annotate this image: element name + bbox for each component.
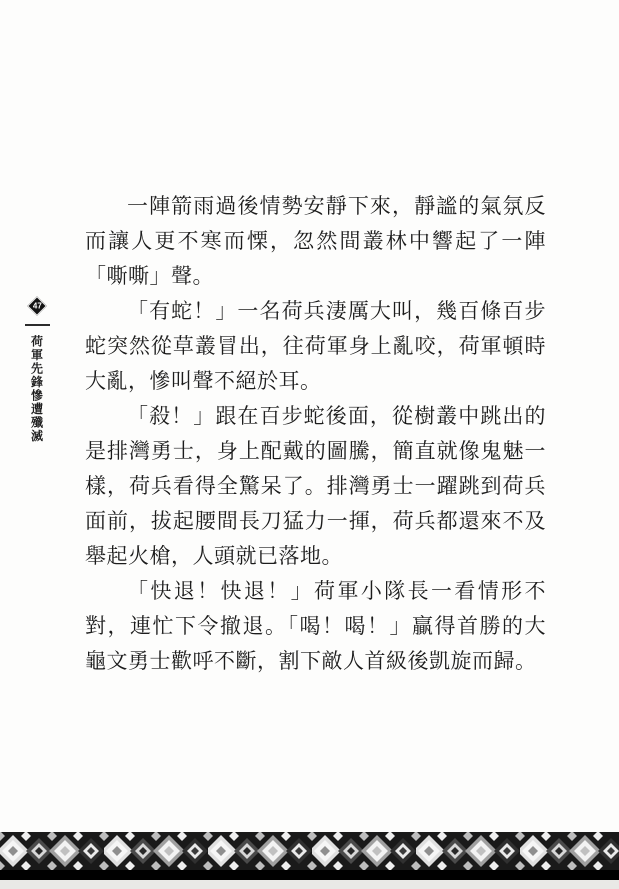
paragraph-3: 「殺！」跟在百步蛇後面，從樹叢中跳出的是排灣勇士，身上配戴的圖騰，簡直就像鬼魅一… (85, 399, 546, 574)
book-page: 47 荷軍先鋒慘遭殲滅 一陣箭雨過後情勢安靜下來，靜謐的氣氛反而讓人更不寒而慄，… (0, 0, 619, 889)
chapter-marker-divider (25, 324, 50, 326)
bottom-page-strip (0, 880, 619, 889)
diamond-pattern-border-icon (0, 832, 619, 880)
decorative-border (0, 832, 619, 880)
paragraph-2: 「有蛇！」一名荷兵淒厲大叫，幾百條百步蛇突然從草叢冒出，往荷軍身上亂咬，荷軍頓時… (85, 294, 546, 399)
chapter-marker: 47 荷軍先鋒慘遭殲滅 (23, 296, 51, 443)
chapter-number-diamond-icon: 47 (27, 296, 47, 316)
paragraph-1: 一陣箭雨過後情勢安靜下來，靜謐的氣氛反而讓人更不寒而慄，忽然間叢林中響起了一陣「… (85, 189, 546, 294)
paragraph-4: 「快退！快退！」荷軍小隊長一看情形不對，連忙下令撤退。「喝！喝！」贏得首勝的大龜… (85, 574, 546, 679)
body-text: 一陣箭雨過後情勢安靜下來，靜謐的氣氛反而讓人更不寒而慄，忽然間叢林中響起了一陣「… (85, 189, 546, 679)
chapter-title-vertical: 荷軍先鋒慘遭殲滅 (29, 335, 46, 443)
chapter-number: 47 (33, 302, 42, 310)
